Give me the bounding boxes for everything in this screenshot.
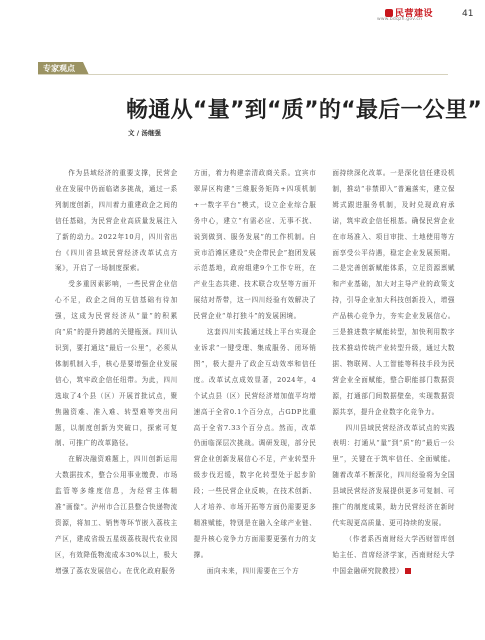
paragraph: 在解决融资难题上，四川创新运用大数据技术，整合公用事业缴费、市场监管等多维度信息… [55, 452, 178, 579]
end-mark-icon [405, 568, 411, 574]
paragraph: 方面，着力构建亲清政商关系。宜宾市翠屏区构建“三维服务矩阵+四项机制+一数字平台… [194, 166, 317, 325]
column-3: 面持续深化改革。一是深化信任建设机制，推动“非禁即入”普遍落实，建立保姆式跟进服… [332, 166, 455, 580]
author-note-text: （作者系西南财经大学西财智库创始主任、首席经济学家，西南财经大学中国金融研究院教… [332, 535, 455, 575]
column-1: 作为县域经济的重要支撑，民营企业在发展中仍面临诸多挑战，通过一系列制度创新，四川… [55, 166, 178, 580]
section-divider [38, 74, 448, 75]
author-note: （作者系西南财经大学西财智库创始主任、首席经济学家，西南财经大学中国金融研究院教… [332, 532, 455, 580]
paragraph: 面持续深化改革。一是深化信任建设机制，推动“非禁即入”普遍落实，建立保姆式跟进服… [332, 166, 455, 421]
paragraph: 作为县域经济的重要支撑，民营企业在发展中仍面临诸多挑战，通过一系列制度创新，四川… [55, 166, 178, 277]
column-2: 方面，着力构建亲清政商关系。宜宾市翠屏区构建“三维服务矩阵+四项机制+一数字平台… [194, 166, 317, 580]
article-body: 作为县域经济的重要支撑，民营企业在发展中仍面临诸多挑战，通过一系列制度创新，四川… [55, 166, 455, 580]
paragraph: 受多重因素影响，一些民营企业信心不足，政企之间的互信基础有待加强，这成为民营经济… [55, 277, 178, 452]
article-title: 畅通从“量”到“质”的“最后一公里” [126, 93, 482, 124]
logo-url: www.bdqzh.gov.cn [377, 17, 422, 22]
logo-icon [385, 9, 393, 17]
paragraph: 四川县域民营经济改革试点的实践表明：打通从“量”到“质”的“最后一公里”，关键在… [332, 421, 455, 532]
article-byline: 文 / 汤继强 [128, 128, 161, 137]
paragraph: 面向未来，四川需要在三个方 [194, 564, 317, 580]
page-number: 41 [462, 9, 473, 19]
paragraph: 这套四川实践通过线上平台实现企业诉求“一键受理、集成服务、闭环销图”，极大提升了… [194, 325, 317, 564]
